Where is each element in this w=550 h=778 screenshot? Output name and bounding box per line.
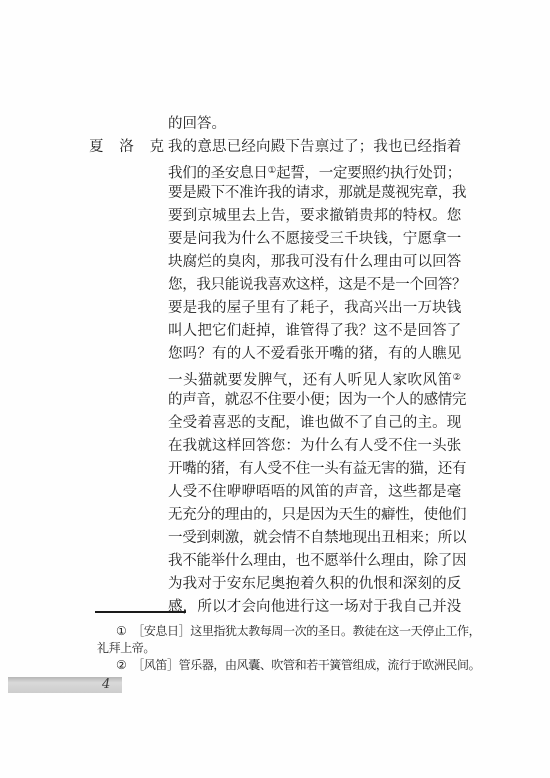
page-number: 4 — [102, 677, 110, 693]
footnote-line: 礼拜上帝。 — [97, 640, 465, 657]
speech-line: 人受不住咿咿唔唔的风笛的声音，这些都是毫 — [168, 481, 461, 504]
book-page: 的回答。 夏洛克 我的意思已经向殿下告禀过了；我也已经指着我们的圣安息日①起誓，… — [0, 0, 550, 778]
page-number-bar: 4 — [8, 677, 122, 693]
footnote-line: ② ［风笛］管乐器，由风囊、吹管和若干簧管组成，流行于欧洲民间。 — [97, 657, 465, 674]
speech-line: 要是我的屋子里有了耗子，我高兴出一万块钱 — [168, 297, 461, 320]
speech-line: 我们的圣安息日①起誓，一定要照约执行处罚； — [168, 159, 461, 182]
footnotes: ① ［安息日］这里指犹太教每周一次的圣日。教徒在这一天停止工作，礼拜上帝。② ［… — [97, 623, 465, 674]
speech-line: 无充分的理由的，只是因为天生的癖性，使他们 — [168, 504, 461, 527]
speech-line: 您，我只能说我喜欢这样，这是不是一个回答？ — [168, 274, 461, 297]
speech-line: 全受着喜恶的支配，谁也做不了自己的主。现 — [168, 412, 461, 435]
speech-line: 要是问我为什么不愿接受三千块钱，宁愿拿一 — [168, 228, 461, 251]
speaker-name: 夏洛克 — [89, 136, 164, 159]
speech-line: 感，所以才会向他进行这一场对于我自己并没 — [168, 596, 461, 619]
speech-text: 我的意思已经向殿下告禀过了；我也已经指着我们的圣安息日①起誓，一定要照约执行处罚… — [168, 136, 461, 619]
speech-line: 一受到刺激，就会情不自禁地现出丑相来；所以 — [168, 527, 461, 550]
previous-speech-continuation: 的回答。 — [168, 113, 461, 136]
speech-line: 为我对于安东尼奥抱着久积的仇恨和深刻的反 — [168, 573, 461, 596]
speech-line: 要到京城里去上告，要求撤销贵邦的特权。您 — [168, 205, 461, 228]
speech-line: 开嘴的猪，有人受不住一头有益无害的猫，还有 — [168, 458, 461, 481]
speech-line: 的声音，就忍不住要小便；因为一个人的感情完 — [168, 389, 461, 412]
footnote-reference-mark: ① — [268, 165, 277, 176]
footnote-line: ① ［安息日］这里指犹太教每周一次的圣日。教徒在这一天停止工作， — [97, 623, 465, 640]
speech-line: 叫人把它们赶掉，谁管得了我？这不是回答了 — [168, 320, 461, 343]
speech-line: 在我就这样回答您：为什么有人受不住一头张 — [168, 435, 461, 458]
speech-line: 您吗？有的人不爱看张开嘴的猪，有的人瞧见 — [168, 343, 461, 366]
speech-line: 要是殿下不准许我的请求，那就是蔑视宪章，我 — [168, 182, 461, 205]
speech-line: 我的意思已经向殿下告禀过了；我也已经指着 — [168, 136, 461, 159]
speech-line: 我不能举什么理由，也不愿举什么理由，除了因 — [168, 550, 461, 573]
speech-line: 一头猫就要发脾气，还有人听见人家吹风笛② — [168, 366, 461, 389]
footnote-reference-mark: ② — [452, 372, 461, 383]
footnote-separator — [95, 611, 186, 613]
speech-line: 块腐烂的臭肉，那我可没有什么理由可以回答 — [168, 251, 461, 274]
